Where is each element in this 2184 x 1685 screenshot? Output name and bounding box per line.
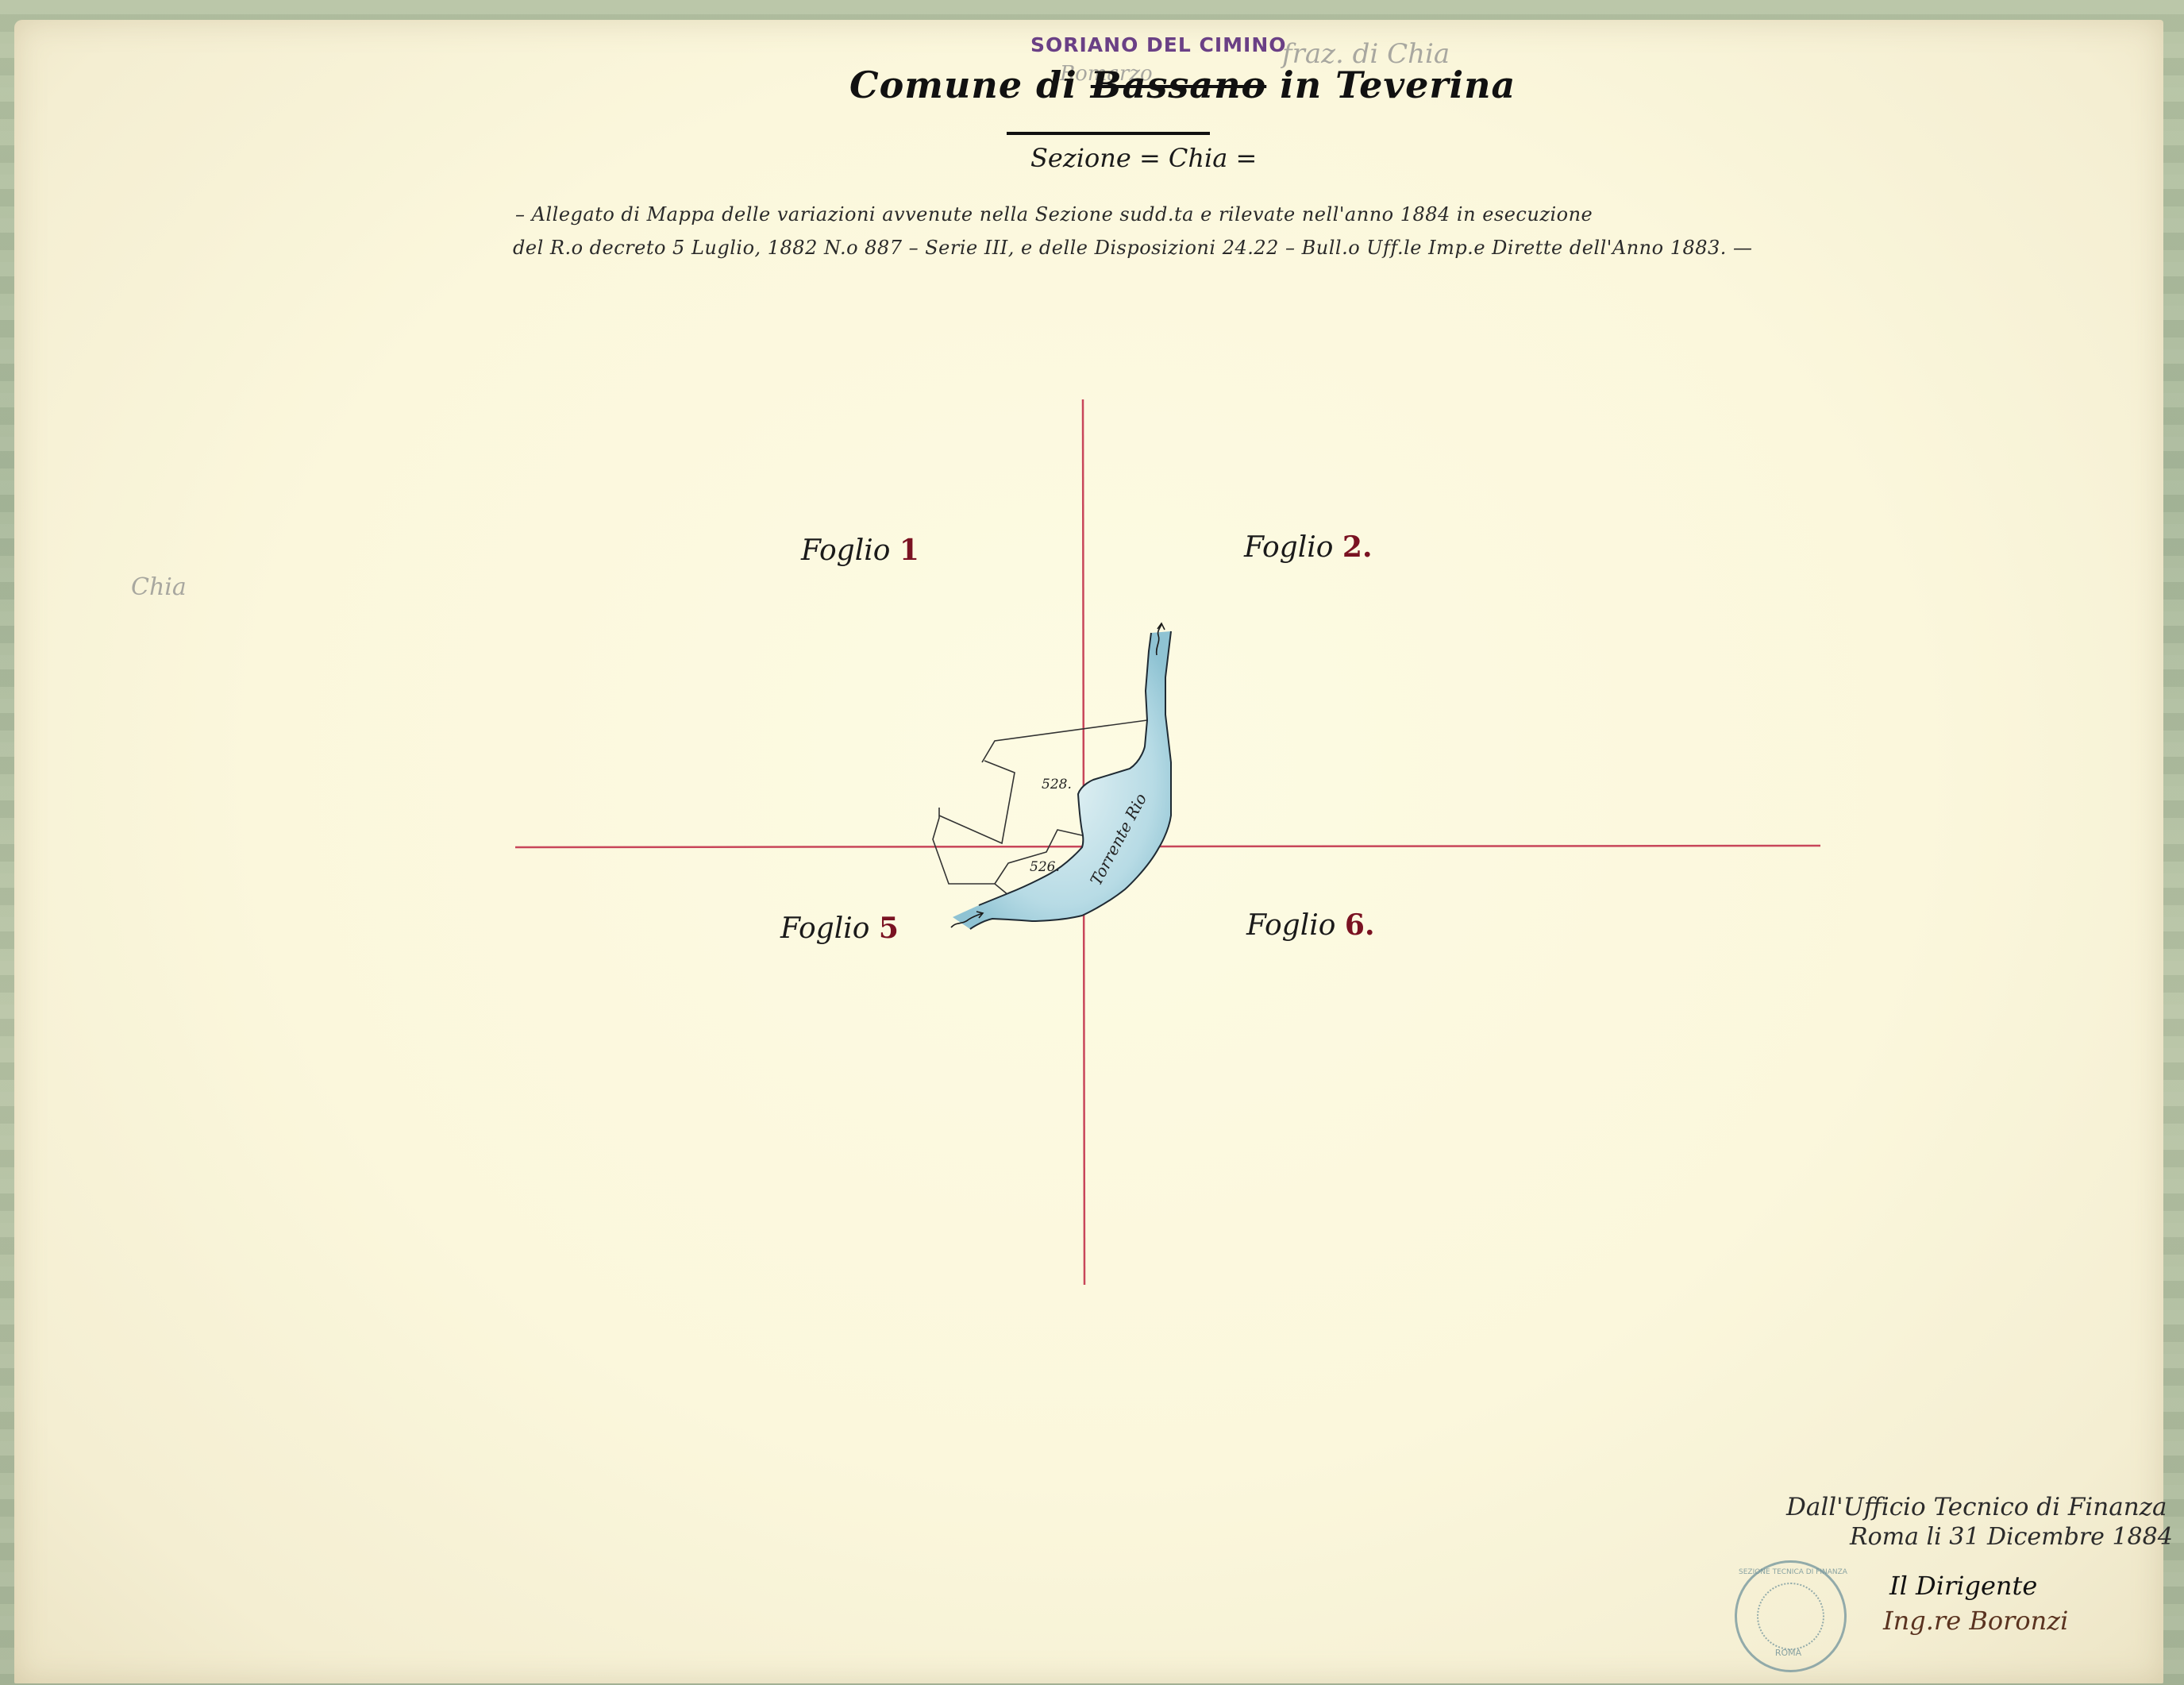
cadastral-map-drawing: [0, 0, 2184, 1685]
seal-text-top: SEZIONE TECNICA DI FINANZA: [1739, 1568, 1838, 1576]
parcel-label-526: 526.: [1030, 859, 1060, 875]
sheet-label-foglio-5: Foglio 5: [780, 912, 899, 945]
seal-text-bottom: ROMA: [1770, 1648, 1806, 1658]
issuing-office: Dall'Ufficio Tecnico di Finanza: [1786, 1493, 2167, 1521]
place-and-date: Roma li 31 Dicembre 1884: [1850, 1523, 2173, 1551]
seal-emblem-icon: [1757, 1583, 1824, 1650]
grid-line-horizontal: [515, 846, 1820, 847]
signature: Ing.re Boronzi: [1883, 1606, 2068, 1636]
sheet-label-foglio-6: Foglio 6.: [1246, 908, 1374, 942]
signatory-role: Il Dirigente: [1889, 1571, 2037, 1601]
sheet-label-foglio-1: Foglio 1: [801, 534, 919, 567]
sheet-label-foglio-2: Foglio 2.: [1244, 530, 1372, 564]
parcel-label-528: 528.: [1042, 777, 1072, 792]
